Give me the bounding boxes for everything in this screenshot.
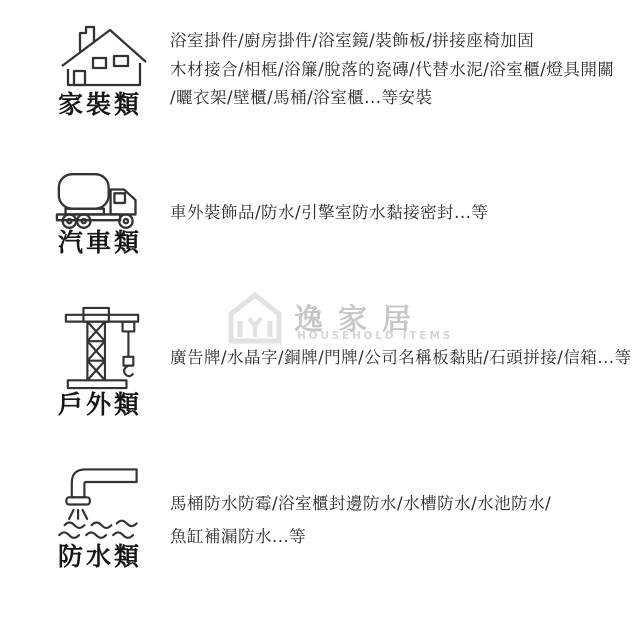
category-description-outdoor: 廣告牌/水晶字/銅牌/門牌/公司名稱板黏貼/石頭拼接/信箱...等 <box>170 348 632 367</box>
house-icon-svg <box>60 25 148 87</box>
house-icon <box>60 25 148 87</box>
category-description-home: 浴室掛件/廚房掛件/浴室鏡/裝飾板/拼接座椅加固 木材接合/相框/浴簾/脫落的瓷… <box>170 27 614 113</box>
category-list: 家裝類 浴室掛件/廚房掛件/浴室鏡/裝飾板/拼接座椅加固 木材接合/相框/浴簾/… <box>0 0 640 640</box>
faucet-icon-svg <box>52 460 142 540</box>
description-line: 車外裝飾品/防水/引擎室防水黏接密封...等 <box>170 203 488 222</box>
description-line: /曬衣架/壁櫃/馬桶/浴室櫃...等安裝 <box>170 84 614 113</box>
truck-icon-svg <box>55 171 147 231</box>
category-label-waterproof: 防水類 <box>58 537 142 573</box>
crane-icon <box>63 306 143 392</box>
description-line: 魚缸補漏防水...等 <box>170 520 551 553</box>
description-line: 廣告牌/水晶字/銅牌/門牌/公司名稱板黏貼/石頭拼接/信箱...等 <box>170 348 632 367</box>
faucet-icon <box>52 460 142 540</box>
category-label-automotive: 汽車類 <box>58 223 142 259</box>
crane-icon-svg <box>63 306 143 392</box>
description-line: 浴室掛件/廚房掛件/浴室鏡/裝飾板/拼接座椅加固 <box>170 27 614 56</box>
category-label-home: 家裝類 <box>58 85 142 121</box>
description-line: 木材接合/相框/浴簾/脫落的瓷磚/代替水泥/浴室櫃/燈具開關 <box>170 56 614 85</box>
category-label-outdoor: 戶外類 <box>58 385 142 421</box>
truck-icon <box>55 171 147 231</box>
description-line: 馬桶防水防霉/浴室櫃封邊防水/水槽防水/水池防水/ <box>170 487 551 520</box>
category-description-waterproof: 馬桶防水防霉/浴室櫃封邊防水/水槽防水/水池防水/ 魚缸補漏防水...等 <box>170 487 551 553</box>
product-info-page: 逸家居 HOUSEHOLD ITEMS 家裝類 浴室掛件/廚房掛件/浴室鏡/裝飾… <box>0 0 640 640</box>
category-description-automotive: 車外裝飾品/防水/引擎室防水黏接密封...等 <box>170 203 488 222</box>
